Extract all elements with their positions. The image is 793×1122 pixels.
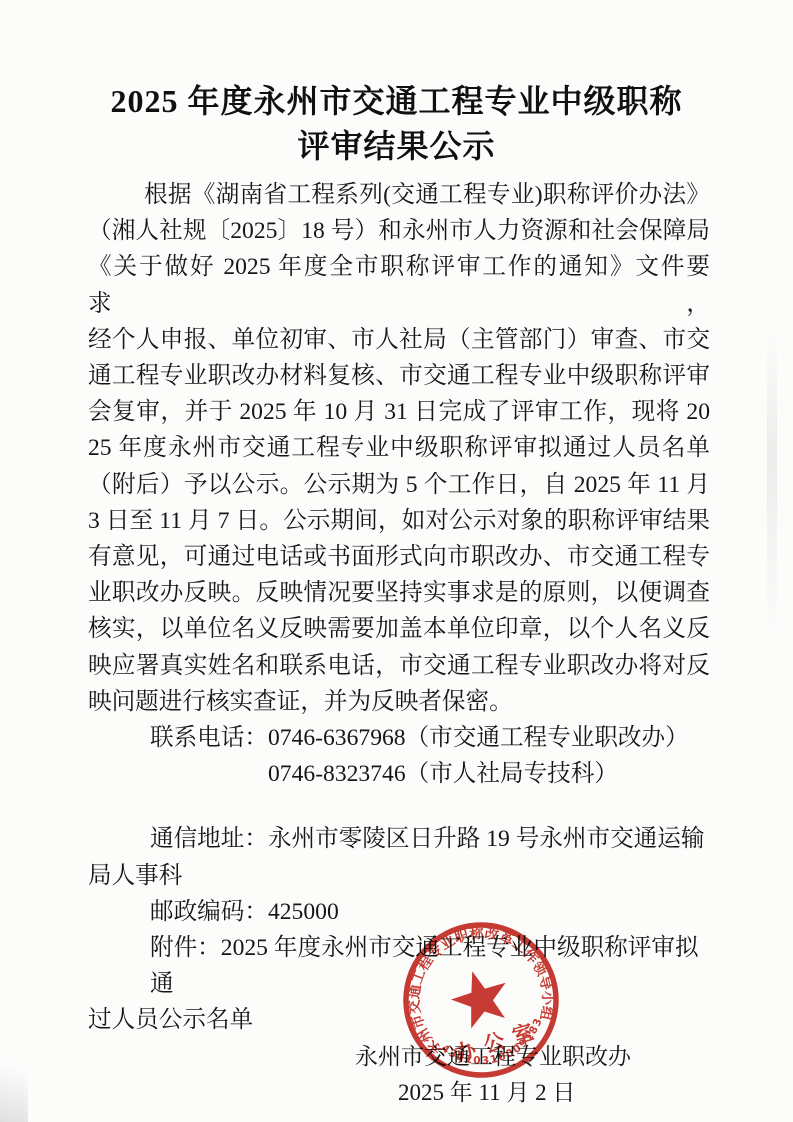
- document-title-line-2: 评审结果公示: [0, 124, 793, 169]
- info-text-line: 局人事科: [88, 858, 710, 894]
- document-title-line-1: 2025 年度永州市交通工程专业中级职称: [0, 79, 793, 124]
- scanned-notice-page: 2025 年度永州市交通工程专业中级职称 评审结果公示 根据《湖南省工程系列(交…: [0, 0, 793, 1122]
- body-text-line: （附后）予以公示。公示期为 5 个工作日，自 2025 年 11 月: [88, 467, 710, 503]
- contact-phone-block: 联系电话：0746-6367968（市交通工程专业职改办）0746-832374…: [88, 720, 710, 792]
- body-text-line: 映应署真实姓名和联系电话，市交通工程专业职改办将对反: [88, 648, 710, 684]
- info-text-line: 通信地址：永州市零陵区日升路 19 号永州市交通运输: [88, 821, 710, 857]
- body-paragraph: 根据《湖南省工程系列(交通工程专业)职称评价办法》（湘人社规〔2025〕18 号…: [88, 177, 710, 720]
- body-text-line: 有意见，可通过电话或书面形式向市职改办、市交通工程专: [88, 539, 710, 575]
- body-text-line: 映问题进行核实查证，并为反映者保密。: [88, 684, 710, 720]
- body-text-line: （湘人社规〔2025〕18 号）和永州市人力资源和社会保障局: [88, 213, 710, 249]
- body-text-line: 经个人申报、单位初审、市人社局（主管部门）审查、市交: [88, 322, 710, 358]
- body-text-line: 根据《湖南省工程系列(交通工程专业)职称评价办法》: [88, 177, 710, 213]
- body-text-line: 会复审，并于 2025 年 10 月 31 日完成了评审工作，现将 20: [88, 394, 710, 430]
- contact-phone-line: 0746-8323746（市人社局专技科）: [88, 756, 710, 792]
- signature-date: 2025 年 11 月 2 日: [88, 1075, 710, 1111]
- body-text-line: 核实，以单位名义反映需要加盖本单位印章，以个人名义反: [88, 611, 710, 647]
- red-star-icon: [445, 963, 515, 1032]
- scan-artifact-streak: [767, 330, 777, 640]
- body-text-line: 25 年度永州市交通工程专业中级职称评审拟通过人员名单: [88, 430, 710, 466]
- body-text-line: 3 日至 11 月 7 日。公示期间，如对公示对象的职称评审结果: [88, 503, 710, 539]
- contact-phone-line: 联系电话：0746-6367968（市交通工程专业职改办）: [88, 720, 710, 756]
- body-text-line: 《关于做好 2025 年度全市职称评审工作的通知》文件要求，: [88, 249, 710, 321]
- body-text-line: 业职改办反映。反映情况要坚持实事求是的原则，以便调查: [88, 575, 710, 611]
- scan-artifact-corner: [0, 1032, 28, 1122]
- document-title: 2025 年度永州市交通工程专业中级职称 评审结果公示: [0, 79, 793, 169]
- body-text-line: 通工程专业职改办材料复核、市交通工程专业中级职称评审: [88, 358, 710, 394]
